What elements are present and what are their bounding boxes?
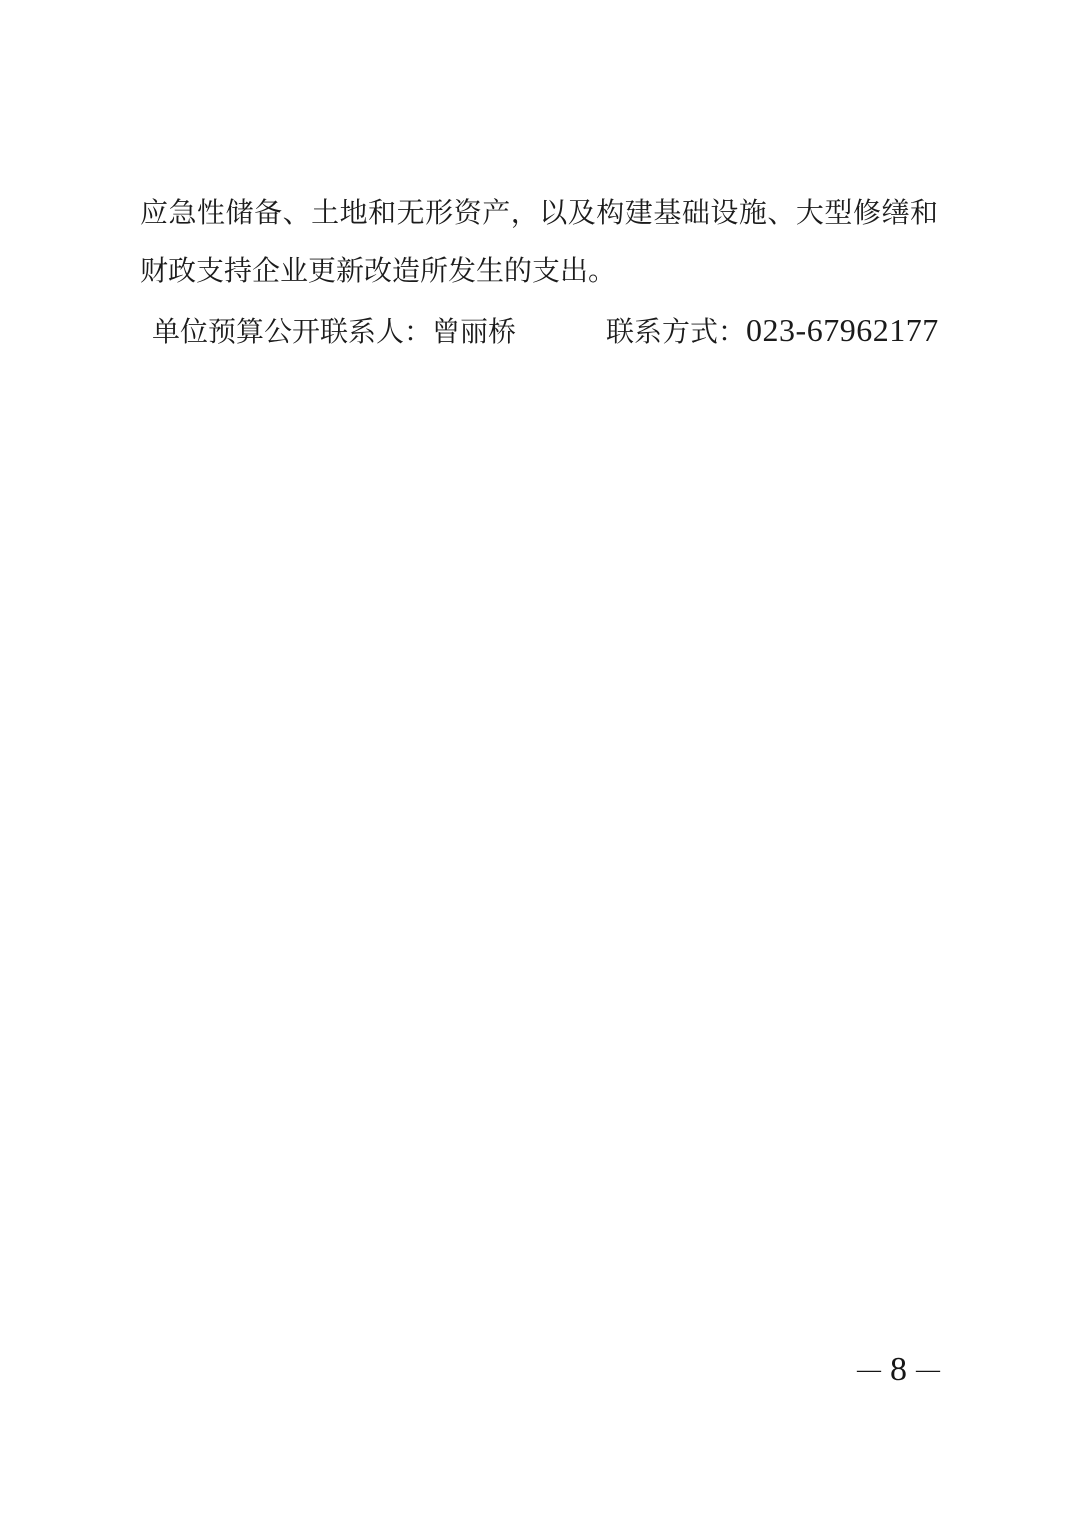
contact-phone-label: 联系方式： (606, 317, 746, 348)
paragraph-line-1: 应急性储备、土地和无形资产，以及构建基础设施、大型修缮和 (140, 185, 938, 243)
page-number-left-dash: — (857, 1358, 881, 1382)
document-page: 应急性储备、土地和无形资产，以及构建基础设施、大型修缮和 财政支持企业更新改造所… (0, 0, 1074, 1520)
contact-phone-number: 023-67962177 (746, 312, 939, 348)
paragraph-line-2: 财政支持企业更新改造所发生的支出。 (140, 243, 938, 301)
contact-person-name: 曾丽桥 (432, 317, 516, 348)
contact-line: 单位预算公开联系人：曾丽桥联系方式：023-67962177 (140, 301, 938, 362)
page-number-value: 8 (890, 1353, 907, 1387)
page-number-right-dash: — (916, 1358, 940, 1382)
page-number: — 8 — (857, 1353, 940, 1387)
page-content: 应急性储备、土地和无形资产，以及构建基础设施、大型修缮和 财政支持企业更新改造所… (140, 185, 938, 362)
contact-person-label: 单位预算公开联系人： (152, 317, 432, 348)
